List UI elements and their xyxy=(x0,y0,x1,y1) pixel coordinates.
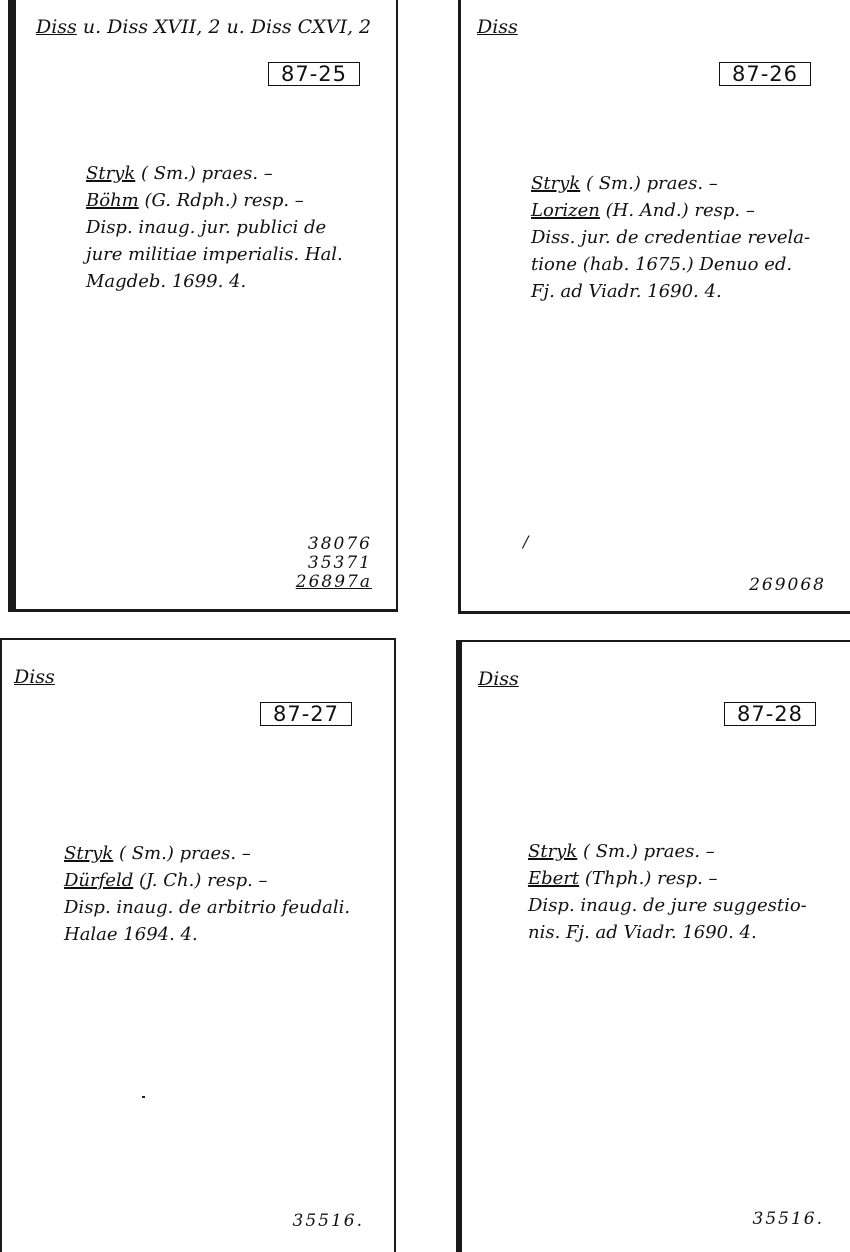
respondent-line: Böhm (G. Rdph.) resp. – xyxy=(86,187,343,214)
respondent-detail: (G. Rdph.) resp. – xyxy=(144,190,303,211)
title-line: jure militiae imperialis. Hal. xyxy=(86,241,343,268)
shelfmark-prefix: Diss xyxy=(478,668,519,690)
praeses-name: Stryk xyxy=(528,841,577,862)
ink-speck xyxy=(142,1096,145,1098)
accession-number: 35516. xyxy=(293,1212,364,1231)
call-number: 87-28 xyxy=(724,702,816,726)
praeses-line: Stryk ( Sm.) praes. – xyxy=(64,840,350,867)
praeses-line: Stryk ( Sm.) praes. – xyxy=(86,160,343,187)
respondent-line: Ebert (Thph.) resp. – xyxy=(528,865,807,892)
praeses-name: Stryk xyxy=(531,173,580,194)
respondent-detail: (H. And.) resp. – xyxy=(606,200,755,221)
stray-pencil-mark: / xyxy=(523,532,528,551)
catalog-card-87-27: Diss 87-27 Stryk ( Sm.) praes. – Dürfeld… xyxy=(0,638,396,1252)
shelfmark: Diss xyxy=(477,16,518,38)
title-line: tione (hab. 1675.) Denuo ed. xyxy=(531,251,810,278)
shelfmark-prefix: Diss xyxy=(14,666,55,688)
call-number: 87-25 xyxy=(268,62,360,86)
shelfmark: Diss xyxy=(14,666,55,688)
respondent-line: Dürfeld (J. Ch.) resp. – xyxy=(64,867,350,894)
respondent-name: Ebert xyxy=(528,868,579,889)
accession-number: 35371 xyxy=(296,554,372,573)
title-line: Fj. ad Viadr. 1690. 4. xyxy=(531,278,810,305)
shelfmark: Diss xyxy=(478,668,519,690)
praeses-line: Stryk ( Sm.) praes. – xyxy=(531,170,810,197)
respondent-detail: (Thph.) resp. – xyxy=(585,868,718,889)
shelfmark-note: u. Diss XVII, 2 u. Diss CXVI, 2 xyxy=(83,16,371,38)
accession-numbers: 35516. xyxy=(293,1212,364,1231)
catalog-card-87-28: Diss 87-28 Stryk ( Sm.) praes. – Ebert (… xyxy=(456,640,850,1252)
title-line: nis. Fj. ad Viadr. 1690. 4. xyxy=(528,919,807,946)
respondent-name: Dürfeld xyxy=(64,870,133,891)
accession-number: 35516. xyxy=(753,1210,824,1229)
title-line: Magdeb. 1699. 4. xyxy=(86,268,343,295)
respondent-name: Lorizen xyxy=(531,200,600,221)
accession-numbers: 269068 xyxy=(749,576,826,595)
praeses-line: Stryk ( Sm.) praes. – xyxy=(528,838,807,865)
shelfmark: Diss u. Diss XVII, 2 u. Diss CXVI, 2 xyxy=(36,16,371,38)
title-line: Diss. jur. de credentiae revela- xyxy=(531,224,810,251)
accession-numbers: 35516. xyxy=(753,1210,824,1229)
bibliographic-entry: Stryk ( Sm.) praes. – Lorizen (H. And.) … xyxy=(531,170,810,305)
praeses-name: Stryk xyxy=(86,163,135,184)
respondent-detail: (J. Ch.) resp. – xyxy=(139,870,268,891)
call-number: 87-27 xyxy=(260,702,352,726)
accession-numbers: 38076 35371 26897a xyxy=(296,535,372,592)
catalog-card-87-26: Diss 87-26 Stryk ( Sm.) praes. – Lorizen… xyxy=(458,0,850,614)
bibliographic-entry: Stryk ( Sm.) praes. – Ebert (Thph.) resp… xyxy=(528,838,807,946)
praeses-detail: ( Sm.) praes. – xyxy=(141,163,273,184)
shelfmark-prefix: Diss xyxy=(36,16,77,38)
catalog-card-87-25: Diss u. Diss XVII, 2 u. Diss CXVI, 2 87-… xyxy=(8,0,398,612)
praeses-name: Stryk xyxy=(64,843,113,864)
praeses-detail: ( Sm.) praes. – xyxy=(586,173,718,194)
shelfmark-prefix: Diss xyxy=(477,16,518,38)
praeses-detail: ( Sm.) praes. – xyxy=(583,841,715,862)
praeses-detail: ( Sm.) praes. – xyxy=(119,843,251,864)
title-line: Disp. inaug. jur. publici de xyxy=(86,214,343,241)
respondent-line: Lorizen (H. And.) resp. – xyxy=(531,197,810,224)
title-line: Halae 1694. 4. xyxy=(64,921,350,948)
accession-number: 269068 xyxy=(749,576,826,595)
title-line: Disp. inaug. de jure suggestio- xyxy=(528,892,807,919)
accession-number: 26897a xyxy=(296,573,372,592)
respondent-name: Böhm xyxy=(86,190,139,211)
accession-number: 38076 xyxy=(296,535,372,554)
title-line: Disp. inaug. de arbitrio feudali. xyxy=(64,894,350,921)
call-number: 87-26 xyxy=(719,62,811,86)
bibliographic-entry: Stryk ( Sm.) praes. – Böhm (G. Rdph.) re… xyxy=(86,160,343,295)
bibliographic-entry: Stryk ( Sm.) praes. – Dürfeld (J. Ch.) r… xyxy=(64,840,350,948)
